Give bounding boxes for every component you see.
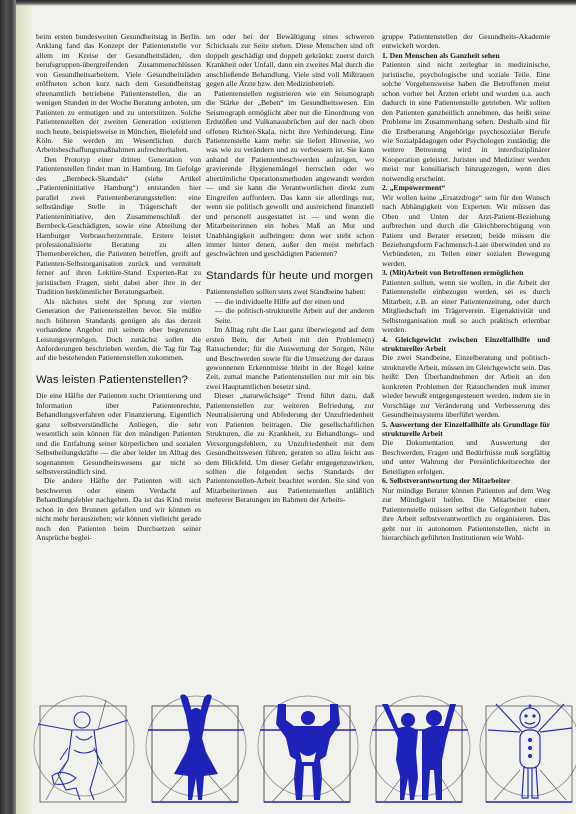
paragraph: Die Dokumentation und Auswertung der Bes… [382, 438, 550, 476]
paragraph: Dieser „naturwüchsige“ Trend führt dazu,… [206, 391, 374, 504]
standard-heading: 2. „Empowerment“ [382, 183, 550, 192]
paragraph: beim ersten bundesweiten Gesundheitstag … [36, 32, 201, 155]
paragraph: Die eine Hälfte der Patienten sucht Orie… [36, 391, 201, 476]
standard-heading: 1. Den Menschen als Ganzheit sehen [382, 51, 550, 60]
list-item: — die politisch-strukturelle Arbeit auf … [206, 306, 374, 325]
paragraph: Patientenstellen registrieren wie ein Se… [206, 89, 374, 259]
vitruvian-dancer-figure [144, 690, 248, 806]
paragraph: Wir wollen keine „Ersatzdroge“ sein für … [382, 193, 550, 269]
text-column-2: ten oder bei der Bewältigung eines schwe… [206, 32, 374, 505]
text-column-3: gruppe Patientenstellen der Gesundheits-… [382, 32, 550, 542]
standard-heading: 6. Selbstverantwortung der Mitarbeiter [382, 476, 550, 485]
paragraph: Nur mündige Berater können Patienten auf… [382, 486, 550, 543]
paragraph: Patienten sind nicht zerlegbar in medizi… [382, 60, 550, 183]
book-binding-shadow [0, 0, 16, 814]
standard-heading: 3. (Mit)Arbeit von Betroffenen ermöglich… [382, 268, 550, 277]
text-column-1: beim ersten bundesweiten Gesundheitstag … [36, 32, 201, 543]
paragraph: ten oder bei der Bewältigung eines schwe… [206, 32, 374, 89]
paragraph: Den Prototyp einer dritten Generation vo… [36, 155, 201, 297]
vitruvian-couple-figure [368, 690, 472, 806]
paragraph: Die zwei Standbeine, Einzelberatung und … [382, 353, 550, 419]
vitruvian-sketch-figure [32, 690, 136, 806]
paragraph: Als nächstes steht der Sprung zur vierte… [36, 297, 201, 363]
paragraph: Patienten sollten, wenn sie wollen, in d… [382, 278, 550, 335]
paragraph: Patientenstellen sollten stets zwei Stan… [206, 287, 374, 296]
list-item: — die individuelle Hilfe auf der einen u… [206, 297, 374, 306]
section-heading: Standards für heute und morgen [206, 270, 374, 283]
figure-strip [16, 690, 576, 814]
standard-heading: 5. Auswertung der Einzelfallhilfe als Gr… [382, 420, 550, 439]
paragraph: gruppe Patientenstellen der Gesundheits-… [382, 32, 550, 51]
standard-heading: 4. Gleichgewicht zwischen Einzelfallhilf… [382, 335, 550, 354]
section-heading: Was leisten Patientenstellen? [36, 374, 201, 387]
paragraph: Die andere Hälfte der Patienten will sic… [36, 476, 201, 542]
paragraph: Im Alltag ruht die Last ganz überwiegend… [206, 325, 374, 391]
vitruvian-doll-figure [478, 690, 576, 806]
vitruvian-bodybuilder-figure [256, 690, 360, 806]
